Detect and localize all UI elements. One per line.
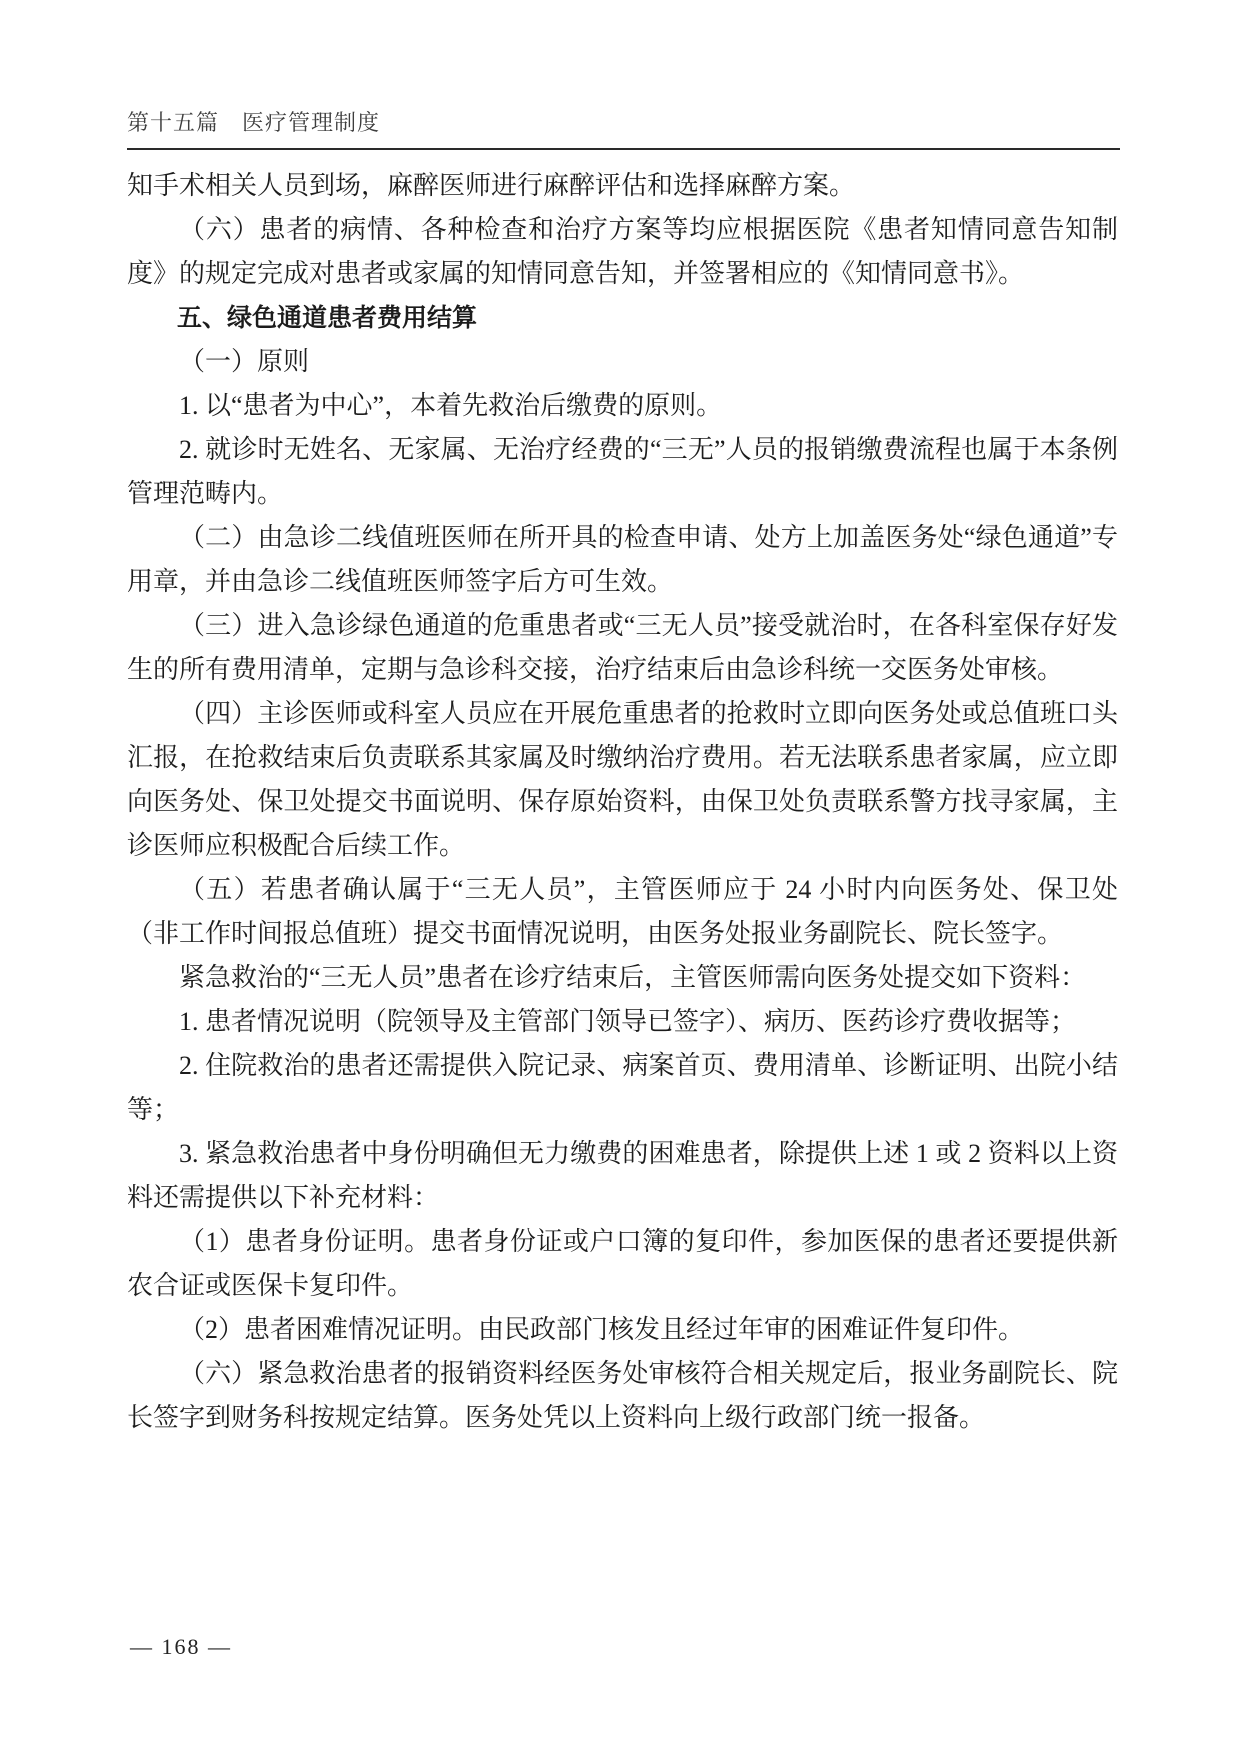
paragraph: （一）原则 bbox=[127, 340, 1118, 384]
paragraph: （四）主诊医师或科室人员应在开展危重患者的抢救时立即向医务处或总值班口头汇报，在… bbox=[127, 692, 1118, 868]
paragraph: 2. 就诊时无姓名、无家属、无治疗经费的“三无”人员的报销缴费流程也属于本条例管… bbox=[127, 428, 1118, 516]
page-footer: — 168 — bbox=[130, 1634, 232, 1660]
paragraph: 紧急救治的“三无人员”患者在诊疗结束后，主管医师需向医务处提交如下资料： bbox=[127, 956, 1118, 1000]
paragraph: 3. 紧急救治患者中身份明确但无力缴费的困难患者，除提供上述 1 或 2 资料以… bbox=[127, 1132, 1118, 1220]
header-divider bbox=[127, 148, 1120, 150]
paragraph: 知手术相关人员到场，麻醉医师进行麻醉评估和选择麻醉方案。 bbox=[127, 164, 1118, 208]
paragraph: 1. 以“患者为中心”，本着先救治后缴费的原则。 bbox=[127, 384, 1118, 428]
page-header: 第十五篇 医疗管理制度 bbox=[127, 106, 1120, 150]
document-body: 知手术相关人员到场，麻醉医师进行麻醉评估和选择麻醉方案。（六）患者的病情、各种检… bbox=[127, 164, 1118, 1440]
paragraph: （六）紧急救治患者的报销资料经医务处审核符合相关规定后，报业务副院长、院长签字到… bbox=[127, 1352, 1118, 1440]
paragraph: （1）患者身份证明。患者身份证或户口簿的复印件，参加医保的患者还要提供新农合证或… bbox=[127, 1220, 1118, 1308]
page-number: — 168 — bbox=[130, 1634, 232, 1659]
paragraph: （2）患者困难情况证明。由民政部门核发且经过年审的困难证件复印件。 bbox=[127, 1308, 1118, 1352]
paragraph: 1. 患者情况说明（院领导及主管部门领导已签字）、病历、医药诊疗费收据等； bbox=[127, 1000, 1118, 1044]
section-heading: 五、绿色通道患者费用结算 bbox=[127, 296, 1118, 340]
paragraph: （三）进入急诊绿色通道的危重患者或“三无人员”接受就治时，在各科室保存好发生的所… bbox=[127, 604, 1118, 692]
paragraph: （二）由急诊二线值班医师在所开具的检查申请、处方上加盖医务处“绿色通道”专用章，… bbox=[127, 516, 1118, 604]
document-page: 第十五篇 医疗管理制度 知手术相关人员到场，麻醉医师进行麻醉评估和选择麻醉方案。… bbox=[0, 0, 1240, 1754]
paragraph: （五）若患者确认属于“三无人员”，主管医师应于 24 小时内向医务处、保卫处（非… bbox=[127, 868, 1118, 956]
paragraph: 2. 住院救治的患者还需提供入院记录、病案首页、费用清单、诊断证明、出院小结等； bbox=[127, 1044, 1118, 1132]
paragraph: （六）患者的病情、各种检查和治疗方案等均应根据医院《患者知情同意告知制度》的规定… bbox=[127, 208, 1118, 296]
chapter-header-title: 第十五篇 医疗管理制度 bbox=[127, 106, 1120, 148]
